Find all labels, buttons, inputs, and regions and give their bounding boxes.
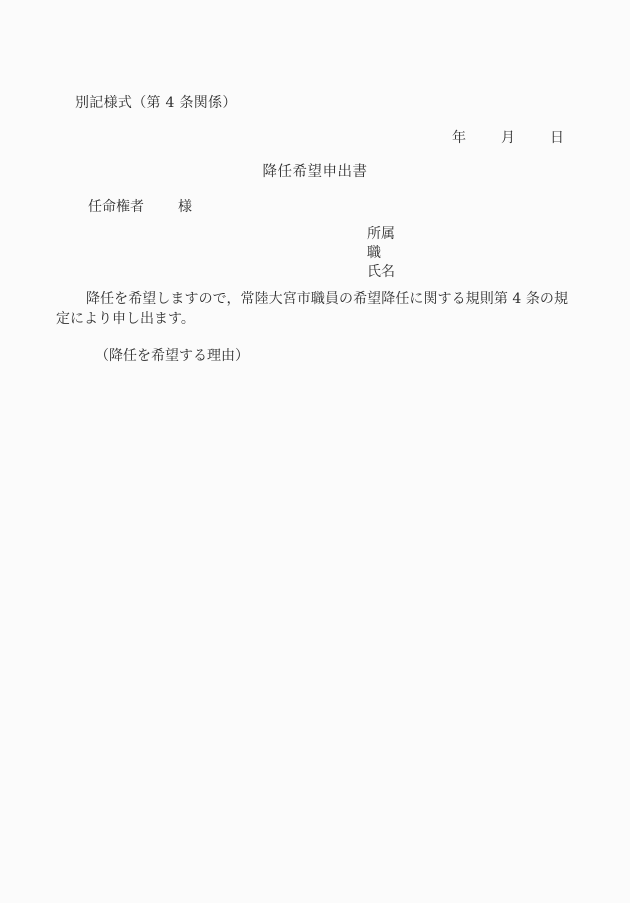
body-paragraph: 降任を希望しますので，常陸大宮市職員の希望降任に関する規則第 4 条の規定により… (56, 289, 568, 329)
signer-fields: 所属 職 氏名 (367, 225, 395, 282)
addressee-label: 任命権者 (88, 196, 144, 216)
affiliation-label: 所属 (367, 225, 395, 244)
form-reference: 別記様式（第 4 条関係） (75, 92, 237, 112)
honorific-label: 様 (178, 196, 192, 216)
name-label: 氏名 (367, 263, 395, 282)
date-line: 年 月 日 (452, 127, 564, 147)
reason-label: （降任を希望する理由） (95, 345, 249, 365)
day-label: 日 (550, 127, 564, 147)
month-label: 月 (501, 127, 515, 147)
document-title: 降任希望申出書 (0, 160, 630, 181)
addressee-line: 任命権者 様 (88, 196, 192, 216)
position-label: 職 (367, 244, 395, 263)
year-label: 年 (452, 127, 466, 147)
document-page: 別記様式（第 4 条関係） 年 月 日 降任希望申出書 任命権者 様 所属 職 … (0, 0, 630, 903)
